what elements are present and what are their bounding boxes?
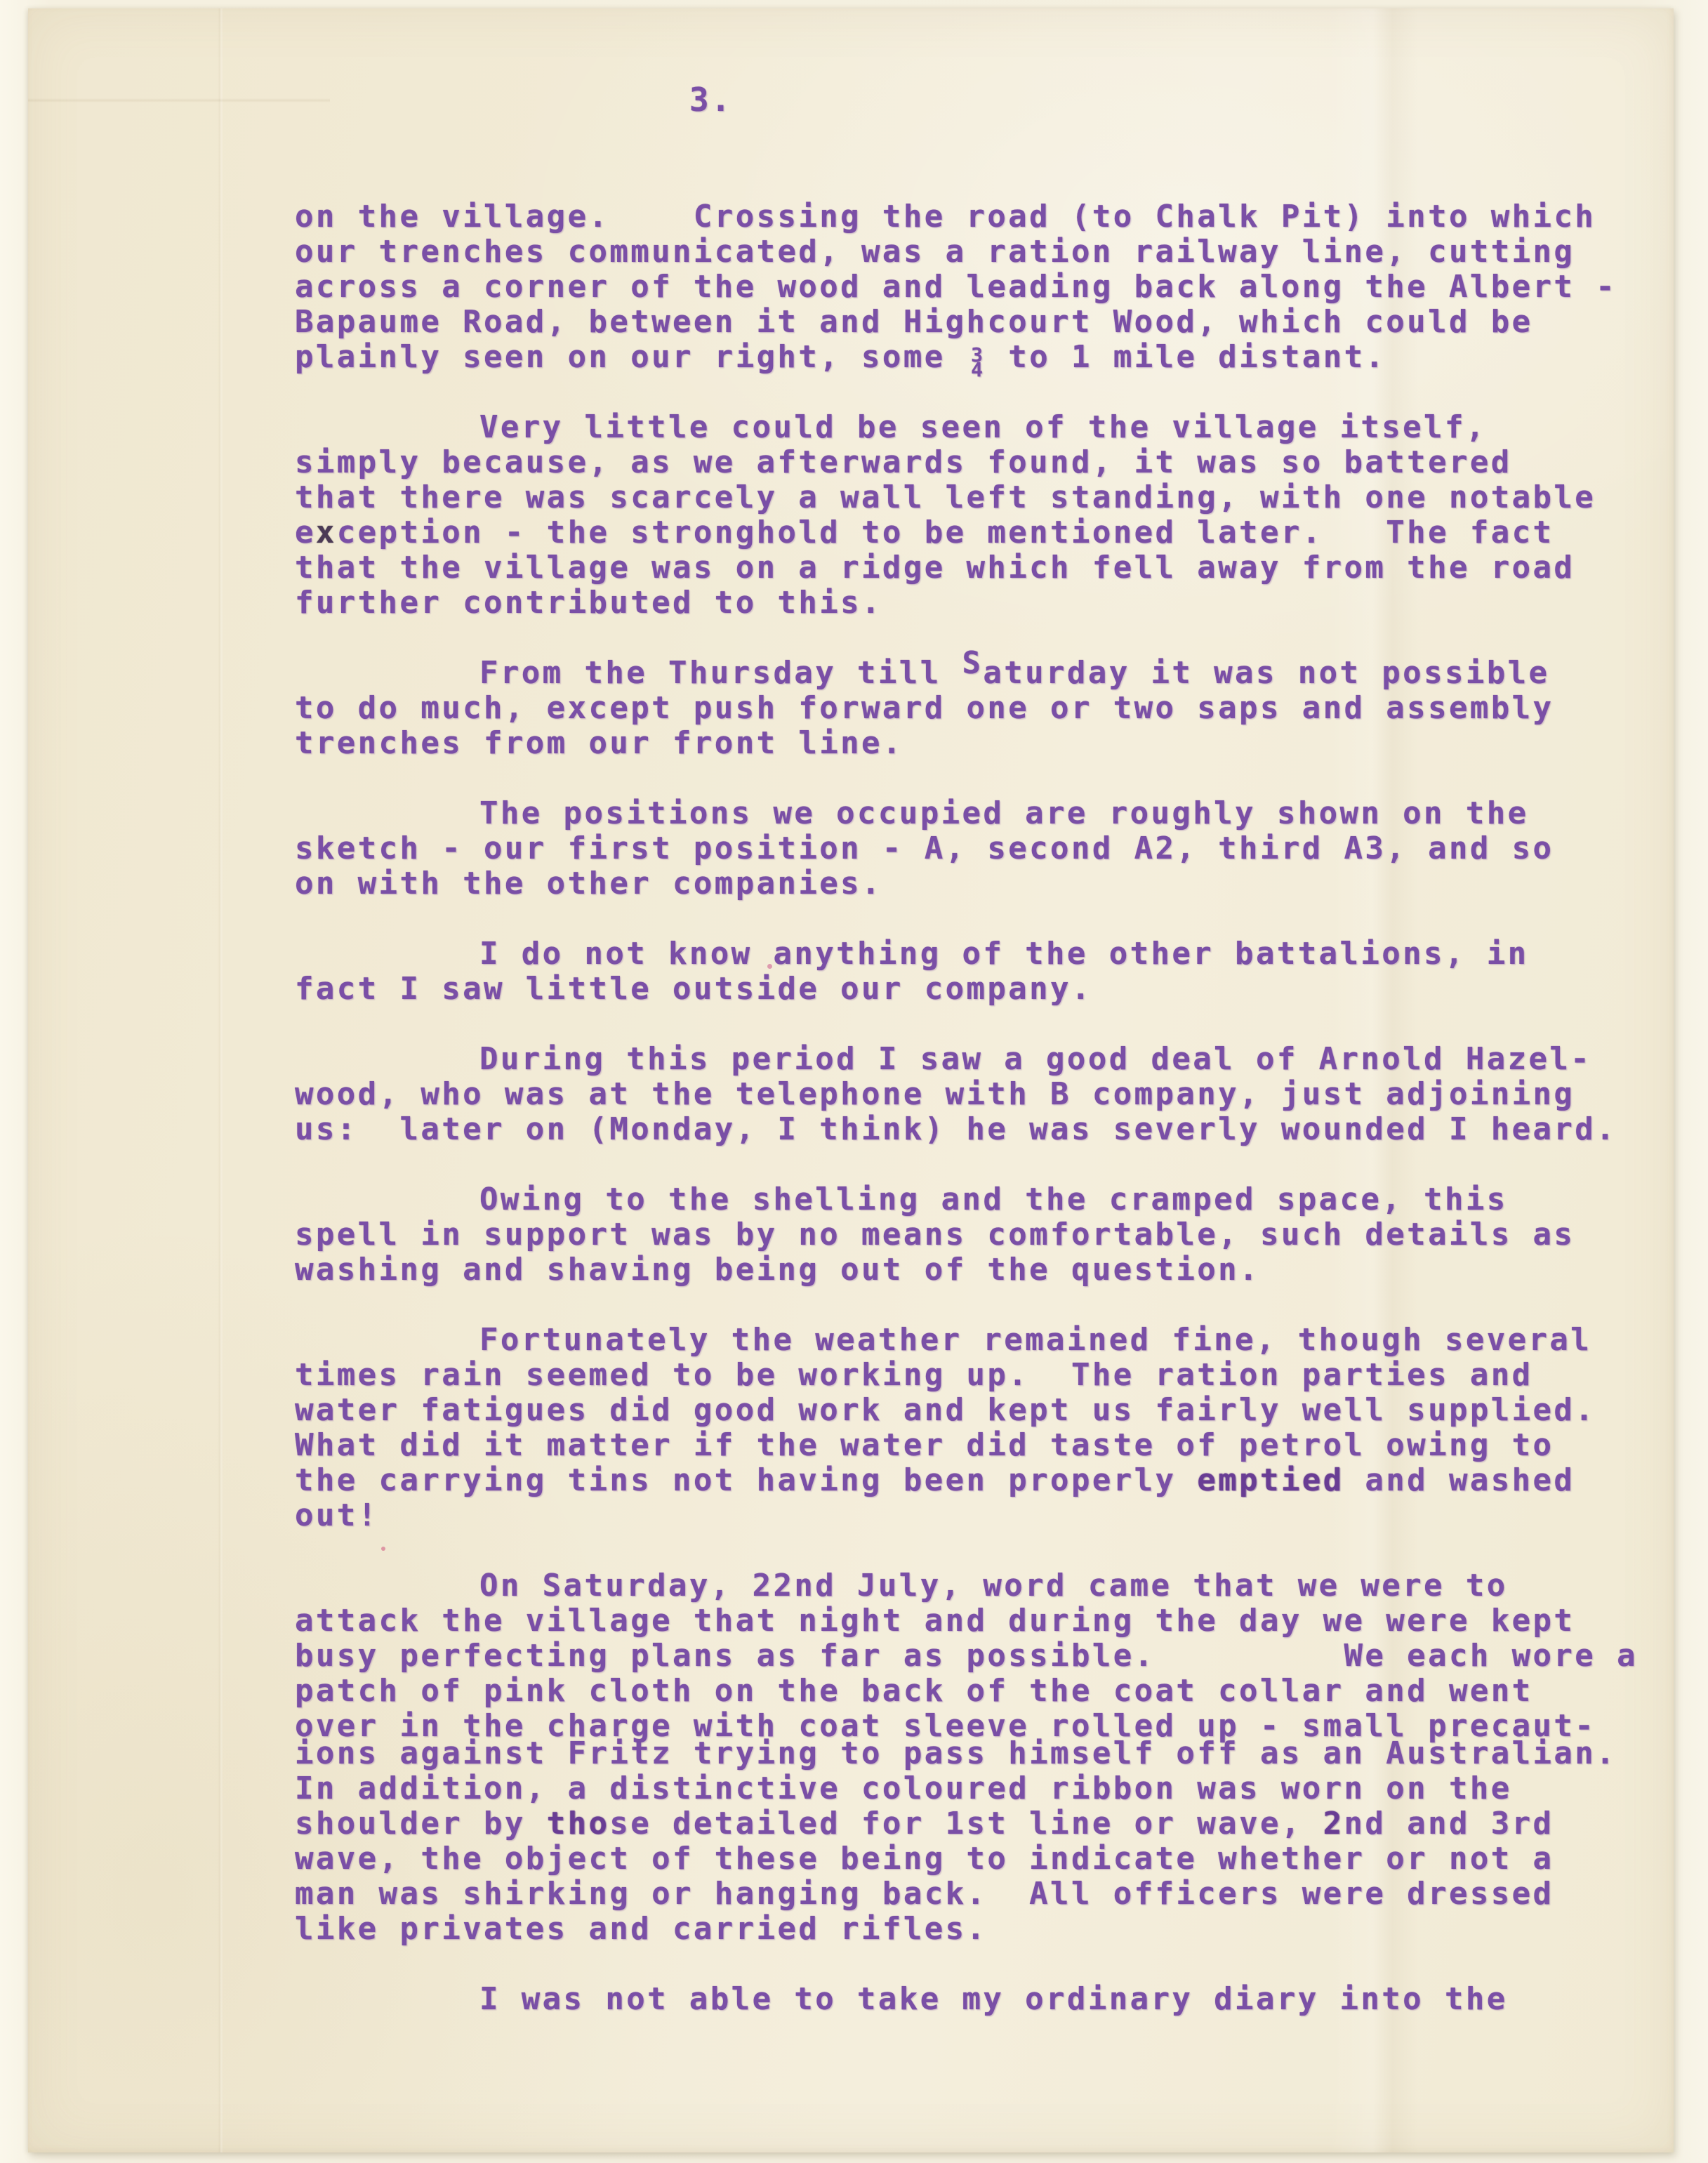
typed-text: trenches from our front line. xyxy=(295,725,903,761)
typed-text: plainly seen on our right, some xyxy=(295,339,967,375)
text-line: on the village. Crossing the road (to Ch… xyxy=(295,199,1688,234)
paragraph: During this period I saw a good deal of … xyxy=(295,1042,1688,1147)
text-line: Owing to the shelling and the cramped sp… xyxy=(295,1182,1688,1217)
typed-text: attack the village that night and during… xyxy=(295,1603,1575,1639)
typed-text: What did it matter if the water did tast… xyxy=(295,1427,1554,1463)
text-line: washing and shaving being out of the que… xyxy=(295,1252,1688,1288)
scanned-letter-page: 3. on the village. Crossing the road (to… xyxy=(0,0,1708,2163)
typed-text: shoulder by xyxy=(295,1806,547,1841)
text-line: across a corner of the wood and leading … xyxy=(295,270,1688,305)
typed-text: ions against Fritz trying to pass himsel… xyxy=(295,1735,1617,1771)
text-line: The positions we occupied are roughly sh… xyxy=(295,796,1688,831)
paragraph: On Saturday, 22nd July, word came that w… xyxy=(295,1568,1688,1947)
text-line: to do much, except push forward one or t… xyxy=(295,691,1688,726)
text-line: water fatigues did good work and kept us… xyxy=(295,1393,1688,1428)
paragraph: The positions we occupied are roughly sh… xyxy=(295,796,1688,901)
typed-text: In addition, a distinctive coloured ribb… xyxy=(295,1771,1512,1806)
ink-speck xyxy=(767,964,772,969)
typed-text: to 1 mile distant. xyxy=(988,339,1386,375)
typed-text: out! xyxy=(295,1497,379,1533)
overtyped-text: 2 xyxy=(1323,1806,1344,1841)
typed-text: across a corner of the wood and leading … xyxy=(295,269,1617,305)
text-line: out! xyxy=(295,1498,1688,1533)
overtyped-text: tho xyxy=(547,1806,610,1841)
text-line: our trenches communicated, was a ration … xyxy=(295,234,1688,270)
text-line: fact I saw little outside our company. xyxy=(295,972,1688,1007)
text-line: attack the village that night and during… xyxy=(295,1603,1688,1639)
typed-text: During this period I saw a good deal of … xyxy=(479,1041,1591,1077)
text-line: Very little could be seen of the village… xyxy=(295,410,1688,445)
overtyped-text: S xyxy=(962,645,983,681)
text-line: Bapaume Road, between it and Highcourt W… xyxy=(295,305,1688,340)
text-line: that there was scarcely a wall left stan… xyxy=(295,480,1688,515)
text-line: spell in support was by no means comfort… xyxy=(295,1217,1688,1252)
text-line: times rain seemed to be working up. The … xyxy=(295,1358,1688,1393)
document-body: on the village. Crossing the road (to Ch… xyxy=(295,199,1688,2017)
paragraph: I was not able to take my ordinary diary… xyxy=(295,1982,1688,2017)
text-line: During this period I saw a good deal of … xyxy=(295,1042,1688,1077)
page-number: 3. xyxy=(689,80,732,119)
typed-text: water fatigues did good work and kept us… xyxy=(295,1392,1596,1428)
text-line: further contributed to this. xyxy=(295,586,1688,621)
typed-text: like privates and carried rifles. xyxy=(295,1911,987,1947)
text-line: on with the other companies. xyxy=(295,866,1688,901)
typed-text: the carrying tins not having been proper… xyxy=(295,1462,1197,1498)
typed-text: aturday it was not possible xyxy=(983,655,1549,691)
typed-text: times rain seemed to be working up. The … xyxy=(295,1357,1533,1393)
typed-fraction: 34 xyxy=(967,348,988,377)
paragraph: I do not know anything of the other batt… xyxy=(295,937,1688,1007)
text-line: man was shirking or hanging back. All of… xyxy=(295,1877,1688,1912)
text-line: simply because, as we afterwards found, … xyxy=(295,445,1688,480)
text-line: like privates and carried rifles. xyxy=(295,1912,1688,1947)
text-line: shoulder by those detailed for 1st line … xyxy=(295,1806,1688,1841)
typed-text: wood, who was at the telephone with B co… xyxy=(295,1076,1575,1112)
typed-text: nd and 3rd xyxy=(1344,1806,1554,1841)
typed-text: I do not know anything of the other batt… xyxy=(479,936,1529,972)
paper-sheet: 3. on the village. Crossing the road (to… xyxy=(28,8,1674,2152)
paper-crease xyxy=(218,8,223,2152)
text-line: wave, the object of these being to indic… xyxy=(295,1841,1688,1877)
text-line: trenches from our front line. xyxy=(295,726,1688,761)
typed-text: man was shirking or hanging back. All of… xyxy=(295,1876,1554,1912)
overtyped-text: emptied xyxy=(1197,1462,1344,1498)
paragraph: on the village. Crossing the road (to Ch… xyxy=(295,199,1688,375)
typed-text: spell in support was by no means comfort… xyxy=(295,1217,1575,1252)
text-line: patch of pink cloth on the back of the c… xyxy=(295,1674,1688,1709)
text-line: ions against Fritz trying to pass himsel… xyxy=(295,1736,1688,1771)
typed-text: that the village was on a ridge which fe… xyxy=(295,550,1575,586)
typed-text: Very little could be seen of the village… xyxy=(479,409,1487,445)
typed-text: ception - the stronghold to be mentioned… xyxy=(337,515,1554,550)
typed-text: us: later on (Monday, I think) he was se… xyxy=(295,1111,1617,1147)
typed-text: our trenches communicated, was a ration … xyxy=(295,234,1575,270)
typed-text: further contributed to this. xyxy=(295,585,882,621)
typed-text: patch of pink cloth on the back of the c… xyxy=(295,1673,1533,1709)
typed-text: Bapaume Road, between it and Highcourt W… xyxy=(295,304,1533,340)
text-line: plainly seen on our right, some 34 to 1 … xyxy=(295,340,1688,375)
typed-text: sketch - our first position - A, second … xyxy=(295,831,1554,866)
typed-text: that there was scarcely a wall left stan… xyxy=(295,479,1596,515)
paper-crease xyxy=(28,98,330,102)
text-line: busy perfecting plans as far as possible… xyxy=(295,1639,1688,1674)
typed-text: Owing to the shelling and the cramped sp… xyxy=(479,1182,1508,1217)
typed-text: on the village. Crossing the road (to Ch… xyxy=(295,199,1596,234)
typed-text: e xyxy=(295,515,316,550)
typed-text: busy perfecting plans as far as possible… xyxy=(295,1638,1638,1674)
paragraph: Owing to the shelling and the cramped sp… xyxy=(295,1182,1688,1288)
paragraph: Fortunately the weather remained fine, t… xyxy=(295,1323,1688,1533)
text-line: I do not know anything of the other batt… xyxy=(295,937,1688,972)
text-line: that the village was on a ridge which fe… xyxy=(295,550,1688,586)
text-line: I was not able to take my ordinary diary… xyxy=(295,1982,1688,2017)
typed-text: Fortunately the weather remained fine, t… xyxy=(479,1322,1591,1358)
text-line: In addition, a distinctive coloured ribb… xyxy=(295,1771,1688,1806)
typed-text: se detailed for 1st line or wave, xyxy=(609,1806,1323,1841)
text-line: us: later on (Monday, I think) he was se… xyxy=(295,1112,1688,1147)
typed-text: The positions we occupied are roughly sh… xyxy=(479,795,1529,831)
text-line: Fortunately the weather remained fine, t… xyxy=(295,1323,1688,1358)
text-line: sketch - our first position - A, second … xyxy=(295,831,1688,866)
text-line: the carrying tins not having been proper… xyxy=(295,1463,1688,1498)
typed-text: I was not able to take my ordinary diary… xyxy=(479,1981,1508,2017)
ink-speck xyxy=(381,1547,385,1551)
text-line: From the Thursday till Saturday it was n… xyxy=(295,656,1688,691)
text-line: wood, who was at the telephone with B co… xyxy=(295,1077,1688,1112)
overtyped-text: x xyxy=(316,515,337,550)
text-line: What did it matter if the water did tast… xyxy=(295,1428,1688,1463)
typed-text: wave, the object of these being to indic… xyxy=(295,1841,1554,1877)
text-line: On Saturday, 22nd July, word came that w… xyxy=(295,1568,1688,1603)
paragraph: Very little could be seen of the village… xyxy=(295,410,1688,621)
paragraph: From the Thursday till Saturday it was n… xyxy=(295,656,1688,761)
typed-text: On Saturday, 22nd July, word came that w… xyxy=(479,1568,1508,1603)
typed-text: on with the other companies. xyxy=(295,866,882,901)
typed-text: and washed xyxy=(1344,1462,1575,1498)
typed-text: fact I saw little outside our company. xyxy=(295,971,1092,1007)
text-line: exception - the stronghold to be mention… xyxy=(295,515,1688,550)
typed-text: to do much, except push forward one or t… xyxy=(295,690,1554,726)
typed-text: From the Thursday till xyxy=(479,655,962,691)
typed-text: washing and shaving being out of the que… xyxy=(295,1252,1260,1288)
typed-text: simply because, as we afterwards found, … xyxy=(295,444,1512,480)
